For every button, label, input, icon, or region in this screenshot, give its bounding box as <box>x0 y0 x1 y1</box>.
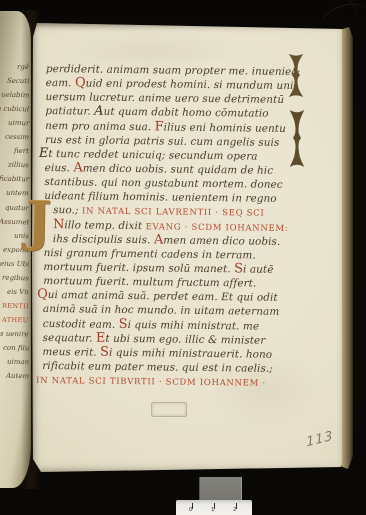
page-fore-edge-stack <box>342 27 353 469</box>
bookmark-tab <box>199 477 242 502</box>
library-stamp <box>151 402 187 417</box>
tall-i-glyph <box>287 52 305 99</box>
measuring-scale: 0 1 2 <box>176 500 252 515</box>
marginal-initial-i <box>287 52 305 103</box>
manuscript-photo: rgẽSecutiuelabima cubiculuimurcessimfier… <box>0 0 366 515</box>
scale-label: 1 <box>211 507 215 513</box>
tall-i-glyph <box>288 110 306 167</box>
manuscript-line: IN NATAL SCI TIBVRTII · SCDM IOHANNEM · <box>36 371 298 388</box>
text-block: perdiderit. animam suam propter me. inue… <box>42 60 302 388</box>
scale-label: 2 <box>233 507 237 513</box>
scale-label: 0 <box>189 507 193 513</box>
illuminated-initial-i: J <box>25 191 60 262</box>
marginal-initial-i <box>288 110 306 171</box>
